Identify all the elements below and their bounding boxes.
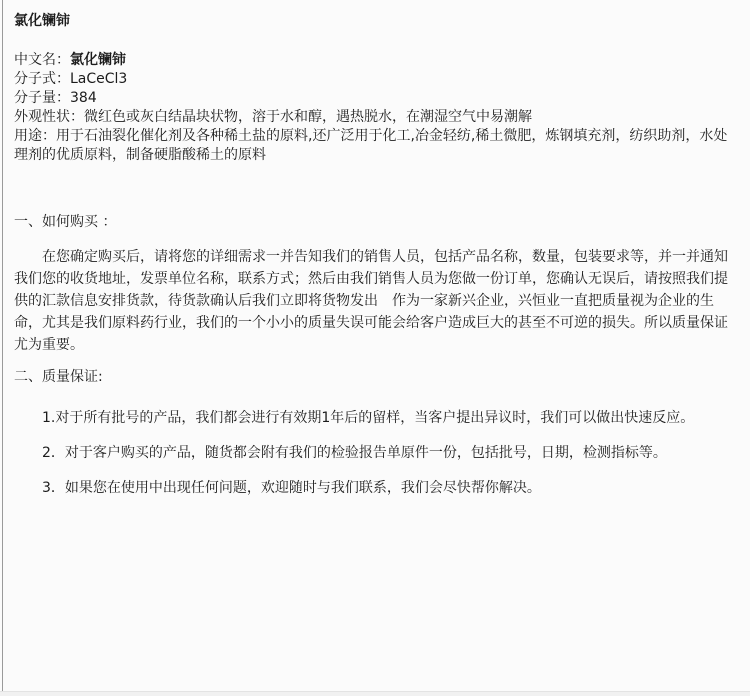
how-to-buy-paragraph: 在您确定购买后，请将您的详细需求一并告知我们的销售人员，包括产品名称，数量，包装… — [14, 246, 736, 356]
list-item: 1.对于所有批号的产品，我们都会进行有效期1年后的留样，当客户提出异议时，我们可… — [14, 407, 736, 429]
list-item: 3．如果您在使用中出现任何问题，欢迎随时与我们联系，我们会尽快帮你解决。 — [14, 477, 736, 499]
page-title: 氯化镧铈 — [14, 13, 736, 30]
info-label: 用途： — [14, 128, 56, 144]
info-value: 用于石油裂化催化剂及各种稀土盐的原料,还广泛用于化工,冶金轻纺,稀土微肥，炼钢填… — [14, 128, 727, 163]
info-label: 分子量： — [14, 90, 70, 106]
info-row-usage: 用途：用于石油裂化催化剂及各种稀土盐的原料,还广泛用于化工,冶金轻纺,稀土微肥，… — [14, 127, 736, 165]
info-label: 中文名： — [14, 52, 70, 68]
left-border-rule — [2, 0, 3, 696]
info-row-molecular-weight: 分子量：384 — [14, 89, 736, 108]
section-heading-how-to-buy: 一、如何购买 ： — [14, 215, 736, 230]
info-value: 氯化镧铈 — [70, 52, 126, 68]
product-page: 氯化镧铈 中文名：氯化镧铈 分子式：LaCeCl3 分子量：384 外观性状：微… — [0, 0, 750, 696]
quality-guarantee-list: 1.对于所有批号的产品，我们都会进行有效期1年后的留样，当客户提出异议时，我们可… — [14, 407, 736, 499]
info-label: 外观性状： — [14, 109, 84, 125]
info-row-chinese-name: 中文名：氯化镧铈 — [14, 51, 736, 70]
info-value: 微红色或灰白结晶块状物，溶于水和醇，遇热脱水，在潮湿空气中易潮解 — [84, 109, 532, 125]
page-content: 氯化镧铈 中文名：氯化镧铈 分子式：LaCeCl3 分子量：384 外观性状：微… — [0, 0, 750, 499]
info-row-formula: 分子式：LaCeCl3 — [14, 70, 736, 89]
info-value: 384 — [70, 90, 97, 106]
product-info-block: 中文名：氯化镧铈 分子式：LaCeCl3 分子量：384 外观性状：微红色或灰白… — [14, 51, 736, 165]
section-heading-quality-guarantee: 二、质量保证: — [14, 370, 736, 385]
list-item: 2．对于客户购买的产品，随货都会附有我们的检验报告单原件一份，包括批号，日期，检… — [14, 442, 736, 464]
info-row-appearance: 外观性状：微红色或灰白结晶块状物，溶于水和醇，遇热脱水，在潮湿空气中易潮解 — [14, 108, 736, 127]
info-label: 分子式： — [14, 71, 70, 87]
info-value: LaCeCl3 — [70, 71, 127, 87]
footer-strip — [0, 691, 750, 696]
